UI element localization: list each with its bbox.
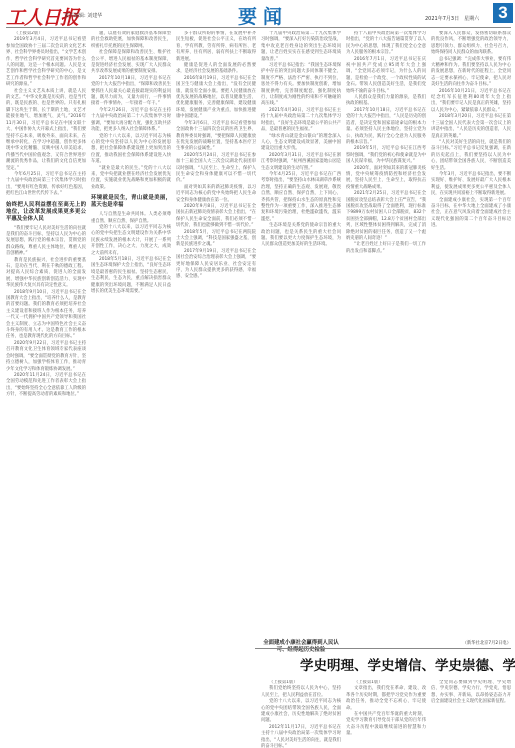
masthead: 工人日报 责任编辑: 刘建华 要 闻 2021年7月3日 星期六 3 bbox=[0, 0, 515, 28]
article-paragraph: 2017年10月18日，习近平总书记在党的十九大报告中指出，“保障和改善民生要抓… bbox=[91, 76, 171, 108]
article-paragraph: 我们党始终坚持以人民为中心，坚持人民至上，把人民利益放在首位。 bbox=[261, 686, 341, 699]
article-paragraph: 2020年5月24日，习近平总书记在参加十三届全国人大三次会议湖北代表团审议时强… bbox=[176, 153, 256, 185]
bottom-right-article-col1: （上接第1版） 文章指出，我们党在革命、建设、改革各个历史时期，都把学习党史作为… bbox=[346, 680, 426, 748]
article-paragraph: 多干群众所盼的事情，在发展中补齐民生短板，促进社会公平正义，在幼有所育、学有所教… bbox=[176, 31, 256, 63]
article-paragraph: 2019年5月，习近平总书记在江西考察时强调，“我们党的初心和使命就是为中国人民… bbox=[346, 146, 426, 165]
bottom-left-article-title: 全面建成小康社会赢得到人民认可、经得起历史检验 bbox=[261, 640, 341, 654]
article-paragraph: 2020年9月8日，习近平总书记在全国抗击新冠肺炎疫情表彰大会上指出，“在保护人… bbox=[176, 204, 256, 230]
issue-date: 2021年7月3日 星期六 bbox=[425, 15, 479, 22]
article-paragraph: 生态环境是关系党的使命宗旨的重大政治问题，也是关系民生的重大社会问题。我们要以更… bbox=[261, 223, 341, 249]
article-paragraph: 2017年9月19日，习近平总书记在全国社会治安综合治理表彰大会上强调，“要更好… bbox=[176, 249, 256, 281]
article-paragraph: 2016年8月19日，习近平总书记在全国卫生与健康大会上指出，“没有全民健康，就… bbox=[176, 76, 256, 121]
section-title-left: 要 bbox=[238, 2, 257, 29]
column-6: 要深入人民群众，发扬密切联系群众的优良作风，不断增强党的政治领导力、思想引领力、… bbox=[431, 31, 511, 646]
article-paragraph: “我们要牢记人民对美好生活的向往就是我们的奋斗目标，坚持以人民为中心的发展思想，… bbox=[6, 226, 86, 258]
masthead-divider bbox=[6, 27, 511, 28]
column-2: 题，以庭有效的家庭救济基本保障型的社会救助兜底，加快保障和改善民生，织密扎牢托底… bbox=[91, 31, 171, 646]
article-paragraph: 今年6月25日，习近平总书记在主持十九届中央政治局第三十次集体学习时指出，“要用… bbox=[6, 172, 86, 198]
article-paragraph: “就业是最大的民生。”党的十八大以来，党中央把就业摆在经济社会发展优先位置，实施… bbox=[91, 166, 171, 192]
article-paragraph: 习近平总书记指出：“我国生态环境保护中存在的突出问题大多同体制不健全、制度不严格… bbox=[261, 63, 341, 108]
article-paragraph: 全面建成小康社会，实现第一个百年奋斗目标，在中华大地上全面建成了小康社会，正在意… bbox=[431, 198, 511, 230]
article-columns: （上接第2版）2019年3月4日，习近平总书记看望参加全国政协十三届二次会议的文… bbox=[6, 31, 511, 646]
column-4: 十九届中央政治局第二十九次集体学习时强调，“要深入打好污染防治攻坚战，集中攻克老… bbox=[261, 31, 341, 646]
page-number-badge: 3 bbox=[493, 3, 513, 23]
article-paragraph: 今年2月26日，习近平总书记在主持十九届中央政治局第二十八次集体学习时强调，“要… bbox=[91, 108, 171, 134]
article-paragraph: 今年3月，习近平总书记指出，要不断实现好、维护好、发展好最广大人民根本利益，使发… bbox=[431, 172, 511, 198]
article-paragraph: 文章指出，我们党在革命、建设、改革各个历史时期，都把学习党史作为重要政治任务，推… bbox=[346, 686, 426, 712]
article-paragraph: 教育是民族振兴、社会进步的重要基石，是功在当代、利在千秋的德政工程。对提高人民综… bbox=[6, 258, 86, 290]
bottom-right-article-col2: 全党同志要做到学史明理、学史增信、学史崇德、学史力行，学党史、悟思想、办实事、开… bbox=[431, 680, 511, 748]
article-paragraph: 2021年2月25日，习近平总书记在全国脱贫攻坚总结表彰大会上庄严宣告，“我国脱… bbox=[346, 191, 426, 242]
bottom-left-article-body: （上接第1版） 我们党始终坚持以人民为中心，坚持人民至上，把人民利益放在首位。 … bbox=[261, 680, 341, 748]
editor-credit: 责任编辑: 刘建华 bbox=[64, 12, 102, 19]
article-paragraph: 2018年9月10日，习近平总书记在全国教育大会上指出，“培养什么人，是教育的首… bbox=[6, 290, 86, 341]
article-paragraph: 面对突如其来的新冠肺炎疫情，以习近平同志为核心的党中央始终把人民生命安全和身体健… bbox=[176, 185, 256, 204]
article-paragraph: 持十八届中央政治局第一次集体学习时指出，“党的十八大报告通篇贯穿了以人民为中心的… bbox=[346, 31, 426, 57]
article-paragraph: 2019年3月4日，习近平总书记看望参加全国政协十三届二次会议的文化艺术界、社会… bbox=[6, 37, 86, 88]
article-paragraph: 社会保障是保障和改善民生、维护社会公平、增进人民福祉的基本制度保障，是促进经济社… bbox=[91, 50, 171, 76]
article-paragraph: 题，以庭有效的家庭救济基本保障型的社会救助兜底，加快保障和改善民生，织密扎牢托底… bbox=[91, 31, 171, 50]
article-paragraph: 2020年9月22日，习近平总书记主持召开教育文化卫生体育领域专家代表座谈会时强… bbox=[6, 341, 86, 373]
article-paragraph: 社会主义文艺从本质上讲，就是人民的文艺。“中华文化既是历史的、也是当代的，既是民… bbox=[6, 89, 86, 172]
section-subheading: 始终把人民利益摆在至高无上的地位，让改革发展成果更多更公平惠及全体人民 bbox=[6, 202, 86, 223]
article-paragraph: “让老百姓过上好日子是我们一切工作的出发点和落脚点。” bbox=[346, 242, 426, 255]
article-paragraph: 2018年3月20日，习近平总书记在第十三届全国人民代表大会第一次会议上的讲话中… bbox=[431, 114, 511, 140]
bottom-article-headline: 学史明理、学史增信、学史崇德、学史力行 bbox=[300, 654, 515, 674]
article-paragraph: 2016年7月1日，习近平总书记在庆祝中国共产党成立95周年大会上强调，“全党同… bbox=[346, 57, 426, 95]
article-paragraph: “人民对美好生活的向往，就是我们的奋斗目标。”习近平总书记反复强调，在新的历史起… bbox=[431, 140, 511, 172]
article-paragraph: 要深入人民群众，发扬密切联系群众的优良作风，不断增强党的政治领导力、思想引领力、… bbox=[431, 31, 511, 57]
article-paragraph: 全党同志要做到学史明理、学史增信、学史崇德、学史力行，学党史、悟思想、办实事、开… bbox=[431, 680, 511, 706]
article-source: （新华社北京7月2日电） bbox=[431, 640, 511, 646]
article-paragraph: 今年3月6日，习近平总书记看望参加全国政协十三届四次会议的医药卫生界、教育界委员… bbox=[176, 121, 256, 153]
column-3: 多干群众所盼的事情，在发展中补齐民生短板，促进社会公平正义，在幼有所育、学有所教… bbox=[176, 31, 256, 646]
section-subheading: 环境就是民生，青山就是美丽，蓝天也是幸福 bbox=[91, 195, 171, 209]
article-paragraph: 人与自然是生命共同体。人类必须尊重自然、顺应自然、保护自然。 bbox=[91, 212, 171, 225]
article-paragraph: 党的十八大以来，以习近平同志为核心的党中央团结带领全国各族人民，全面建成小康社会… bbox=[261, 699, 341, 725]
article-paragraph: 在中国共产党百年华诞的重大时刻，党史学习教育引导党员干部从党的百年伟大奋斗历程中… bbox=[346, 712, 426, 738]
article-paragraph: 今年4月25日，习近平总书记在广西考察时指出，“要坚持山水林田湖草沙系统治理，坚… bbox=[261, 172, 341, 223]
article-paragraph: 十九届中央政治局第二十九次集体学习时强调，“要深入打好污染防治攻坚战，集中攻克老… bbox=[261, 31, 341, 63]
article-paragraph: 党的十八大以来，以习近平同志为核心的党中央把生态文明建设作为关系中华民族永续发展… bbox=[91, 225, 171, 257]
article-paragraph: 2020年，面对突如其来的新冠肺炎疫情，党中央统筹疫情防控和经济社会发展，坚持人… bbox=[346, 166, 426, 192]
article-paragraph: “绿水青山就是金山银山”的理念深入人心，生态文明建设成效显著，美丽中国建设迈出重… bbox=[261, 134, 341, 153]
article-paragraph: 健康是促进人的全面发展的必然要求，是经济社会发展的基础条件。 bbox=[176, 63, 256, 76]
article-paragraph: 党的十八大以来，以习近平同志为核心的党中央坚持以人民为中心的发展思想，把社会保障… bbox=[91, 134, 171, 166]
article-paragraph: 人民群众是我们力量的源泉，是我们执政的根基。 bbox=[346, 95, 426, 108]
article-paragraph: 2018年5月18日，习近平总书记在全国生态环境保护大会上指出，“良好生态环境是… bbox=[91, 257, 171, 295]
article-paragraph: 2012年11月17日，习近平总书记在主持十八届中央政治局第一次集体学习时指出，… bbox=[261, 725, 341, 748]
section-title-right: 闻 bbox=[263, 2, 282, 29]
article-paragraph: 2018年5月，习近平总书记在两院院士大会上强调，“科技是国家强盛之基，创新是民… bbox=[176, 230, 256, 249]
bottom-divider bbox=[255, 648, 511, 649]
column-5: 持十八届中央政治局第一次集体学习时指出，“党的十八大报告通篇贯穿了以人民为中心的… bbox=[346, 31, 426, 646]
article-paragraph: 总书记强调：“完成伟大事业，要有伟大精神和作为。我们要坚持以人民为中心的发展思想… bbox=[431, 57, 511, 89]
article-paragraph: 2021年4月30日，习近平总书记在主持十九届中央政治局第二十九次集体学习时指出… bbox=[261, 108, 341, 134]
column-1: （上接第2版）2019年3月4日，习近平总书记看望参加全国政协十三届二次会议的文… bbox=[6, 31, 86, 646]
article-paragraph: 2020年3月31日，习近平总书记在浙江考察时强调，“杭州西溪国家湿地公园是生态… bbox=[261, 153, 341, 172]
article-paragraph: 2017年10月18日，习近平总书记在党的十九大报告中指出，“人民是历史的创造者… bbox=[346, 108, 426, 146]
article-paragraph: 2016年10月21日，习近平总书记在纪念红军长征胜利80周年大会上指出，“我们… bbox=[431, 89, 511, 115]
article-paragraph: 2020年11月24日，习近平总书记在全国劳动模范和先进工作者表彰大会上指出，“… bbox=[6, 373, 86, 399]
